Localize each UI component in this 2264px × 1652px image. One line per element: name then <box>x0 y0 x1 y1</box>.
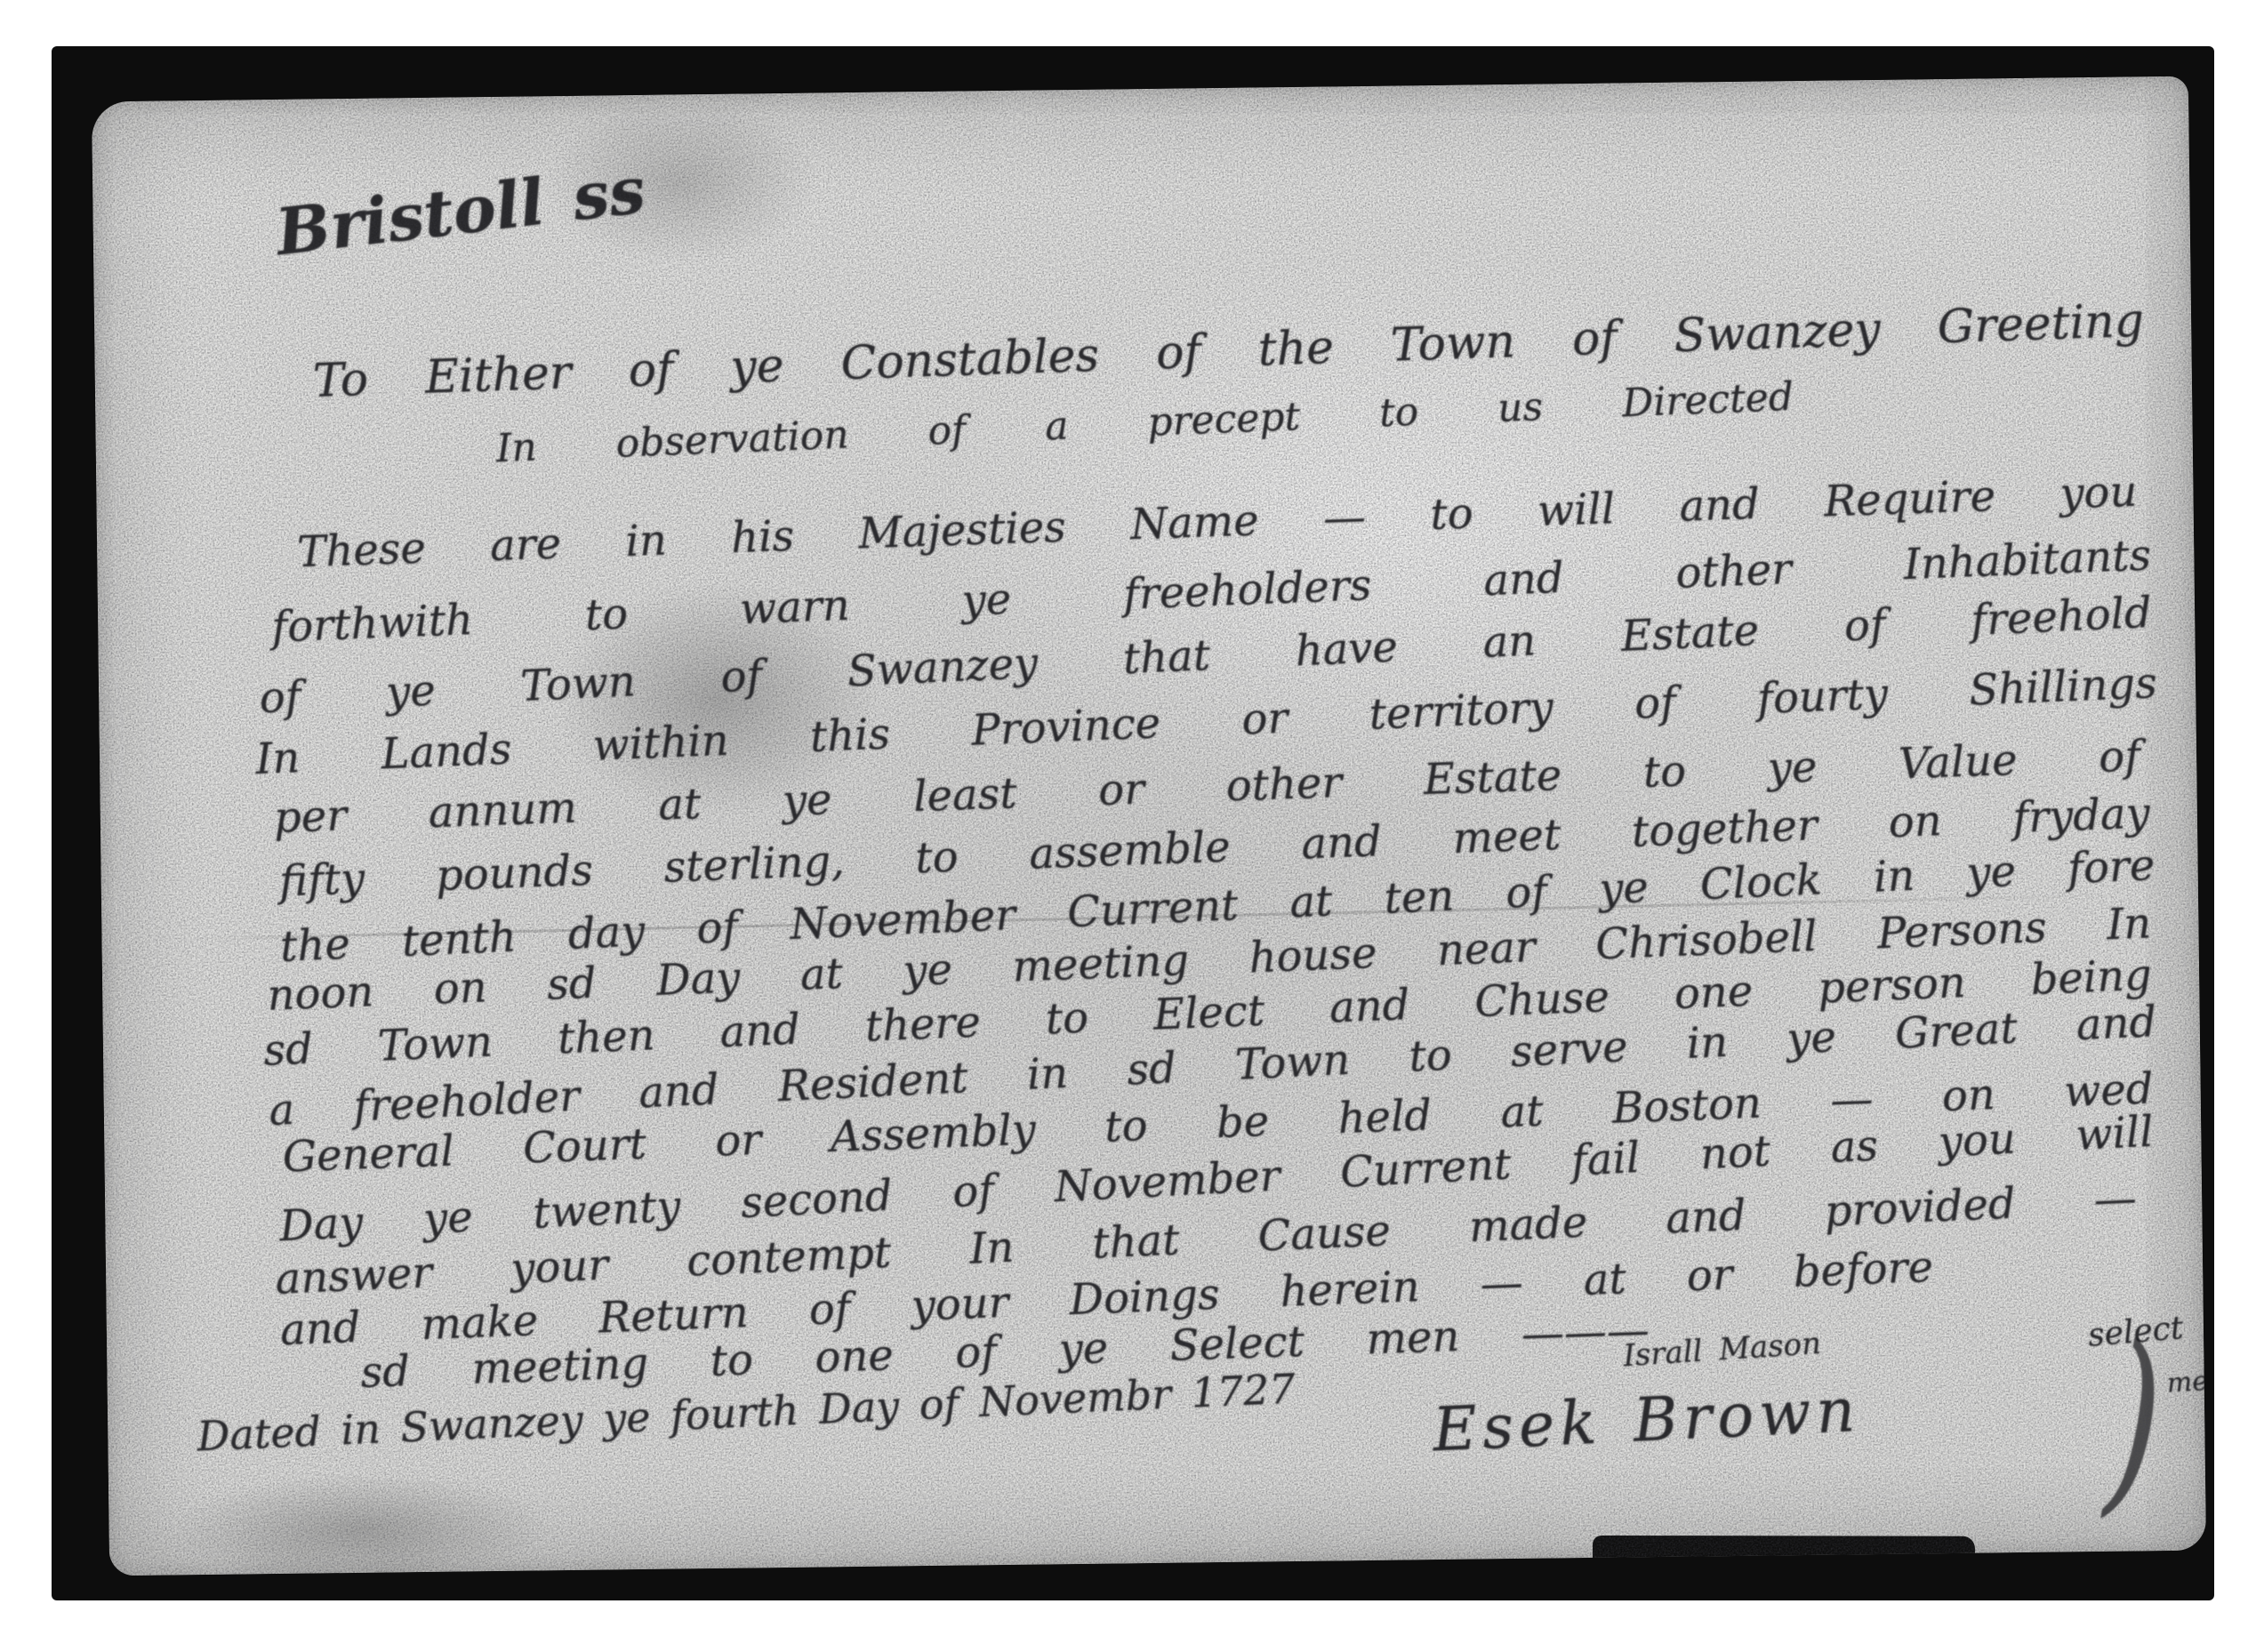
county-heading: Bristoll ss <box>272 154 648 267</box>
salutation-line: To Either of ye Constables of the Town o… <box>312 296 2145 407</box>
selectmen-role-word: men <box>2166 1366 2206 1399</box>
manuscript-text: Bristoll ss To Either of ye Constables o… <box>92 76 2206 1576</box>
manuscript-paper: Bristoll ss To Either of ye Constables o… <box>92 76 2206 1576</box>
photo-black-frame: Bristoll ss To Either of ye Constables o… <box>52 46 2214 1600</box>
selectman-name-small: Israll Mason <box>1622 1327 1822 1374</box>
signature-esek-brown: Esek Brown <box>1432 1378 1862 1464</box>
